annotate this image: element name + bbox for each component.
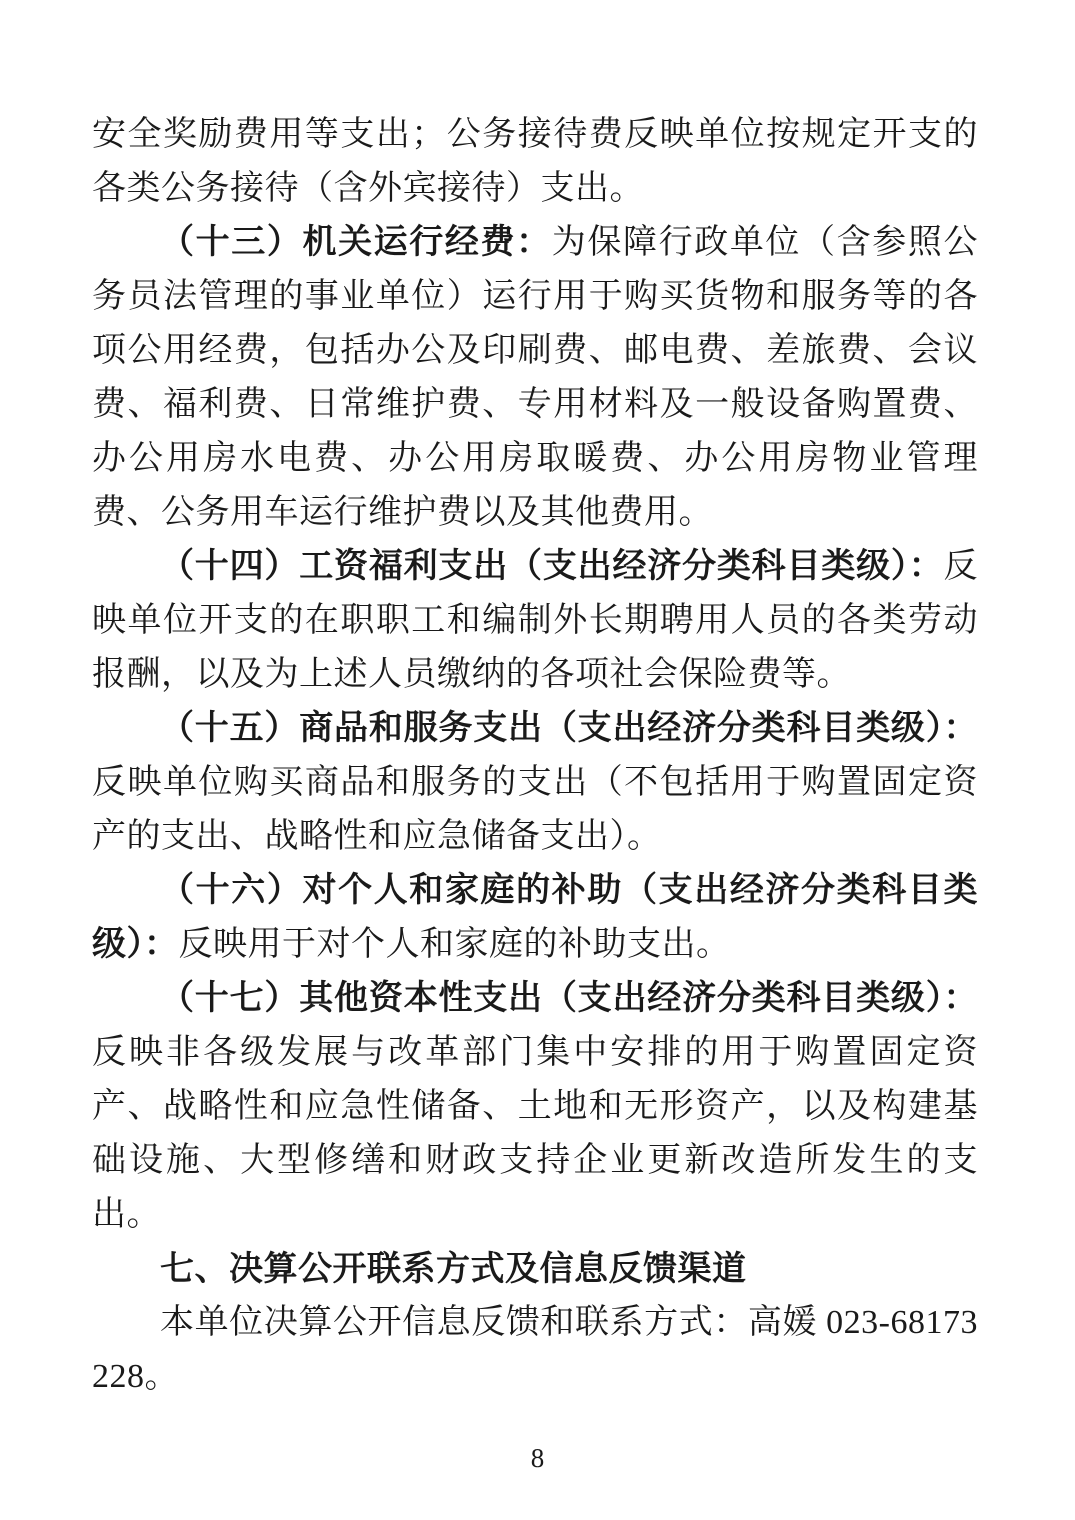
paragraph-continuation: 安全奖励费用等支出；公务接待费反映单位按规定开支的各类公务接待（含外宾接待）支出…	[92, 108, 978, 216]
paragraph-item-14: （十四）工资福利支出（支出经济分类科目类级）：反映单位开支的在职职工和编制外长期…	[92, 540, 978, 702]
document-page: 安全奖励费用等支出；公务接待费反映单位按规定开支的各类公务接待（含外宾接待）支出…	[0, 0, 1075, 1520]
paragraph-text: 反映非各级发展与改革部门集中安排的用于购置固定资产、战略性和应急性储备、土地和无…	[92, 1034, 978, 1233]
section-heading-7: 七、决算公开联系方式及信息反馈渠道	[92, 1242, 978, 1296]
item-13-heading: （十三）机关运行经费：	[160, 224, 552, 261]
page-number: 8	[0, 1445, 1075, 1472]
item-14-heading: （十四）工资福利支出（支出经济分类科目类级）：	[160, 548, 944, 585]
paragraph-contact: 本单位决算公开信息反馈和联系方式：高媛 023-68173228。	[92, 1296, 978, 1404]
paragraph-item-13: （十三）机关运行经费：为保障行政单位（含参照公务员法管理的事业单位）运行用于购买…	[92, 216, 978, 540]
item-17-heading: （十七）其他资本性支出（支出经济分类科目类级）：	[160, 980, 978, 1017]
paragraph-item-15: （十五）商品和服务支出（支出经济分类科目类级）：反映单位购买商品和服务的支出（不…	[92, 702, 978, 864]
document-body: 安全奖励费用等支出；公务接待费反映单位按规定开支的各类公务接待（含外宾接待）支出…	[92, 108, 978, 1404]
paragraph-text: 为保障行政单位（含参照公务员法管理的事业单位）运行用于购买货物和服务等的各项公用…	[92, 224, 978, 531]
item-15-heading: （十五）商品和服务支出（支出经济分类科目类级）：	[160, 710, 978, 747]
paragraph-text: 反映单位购买商品和服务的支出（不包括用于购置固定资产的支出、战略性和应急储备支出…	[92, 764, 978, 855]
paragraph-text: 安全奖励费用等支出；公务接待费反映单位按规定开支的各类公务接待（含外宾接待）支出…	[92, 116, 978, 207]
paragraph-item-17: （十七）其他资本性支出（支出经济分类科目类级）：反映非各级发展与改革部门集中安排…	[92, 972, 978, 1242]
paragraph-text: 反映用于对个人和家庭的补助支出。	[179, 926, 731, 963]
paragraph-item-16: （十六）对个人和家庭的补助（支出经济分类科目类级）：反映用于对个人和家庭的补助支…	[92, 864, 978, 972]
